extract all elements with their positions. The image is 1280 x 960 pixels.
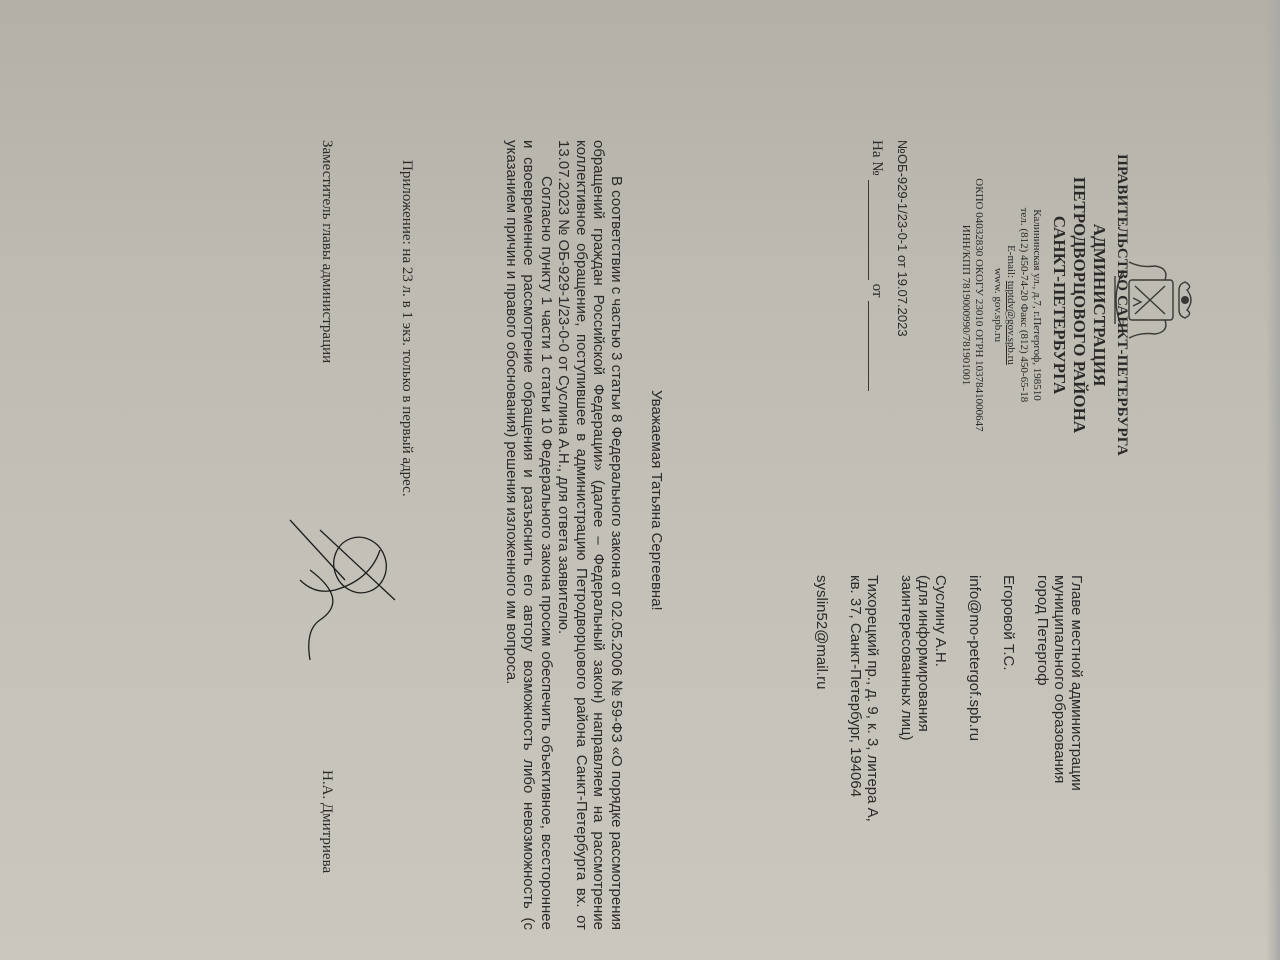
phone-fax: тел. (812) 450-74-20 Факс (812) 450-65-1… [1017, 140, 1030, 470]
government-title: ПРАВИТЕЛЬСТВО САНКТ-ПЕТЕРБУРГА [1113, 140, 1130, 470]
recipient-head: Главе местной администрации муниципально… [1034, 575, 1085, 915]
recipient-second: Суслину А.Н. (для информирования заинтер… [898, 575, 949, 915]
letterhead: ПРАВИТЕЛЬСТВО САНКТ-ПЕТЕРБУРГА АДМИНИСТР… [959, 140, 1130, 470]
administration-title: АДМИНИСТРАЦИЯ ПЕТРОДВОРЦОВОГО РАЙОНА САН… [1049, 140, 1109, 470]
ot-label: от [868, 284, 885, 298]
recipient-line: Суслину А.Н. [932, 575, 949, 915]
recipient-line: (для информирования [915, 575, 932, 915]
recipients-block: Главе местной администрации муниципально… [796, 575, 1085, 915]
recipient-line: Тихорецкий пр., д. 9, к. 3, литера А, [864, 575, 881, 915]
website: www. gov.spb.ru [991, 140, 1004, 470]
attachment-note: Приложение: на 23 л. в 1 экз. только в п… [398, 160, 415, 497]
reply-reference: На № от [868, 140, 885, 391]
recipient-line: info@mo-petergof.spb.ru [966, 575, 983, 915]
signature-icon [280, 510, 400, 670]
recipient-address: Тихорецкий пр., д. 9, к. 3, литера А, кв… [847, 575, 881, 915]
email-line: E-mail: tuptdv@gov.spb.ru [1004, 140, 1017, 470]
na-label: На № [868, 140, 885, 176]
recipient-line: Главе местной администрации [1068, 575, 1085, 915]
letter-page: ПРАВИТЕЛЬСТВО САНКТ-ПЕТЕРБУРГА АДМИНИСТР… [0, 0, 1280, 960]
admin-line: САНКТ-ПЕТЕРБУРГА [1049, 140, 1069, 470]
body-paragraph: В соответствии с частью 3 статьи 8 Федер… [555, 140, 625, 930]
recipient-second-email: syslin52@mail.ru [813, 575, 830, 915]
recipient-line: город Петергоф [1034, 575, 1051, 915]
codes-line: ИНН/КПП 7819000990/781901001 [959, 140, 972, 470]
recipient-line: syslin52@mail.ru [813, 575, 830, 915]
paper-edge-shadow [1266, 0, 1280, 960]
ot-blank [868, 301, 883, 391]
salutation: Уважаемая Татьяна Сергеевна! [648, 390, 665, 611]
outgoing-number: №ОБ-929-1/23-0-1 от 19.07.2023 [895, 140, 910, 337]
signatory-name: Н.А. Дмитриева [318, 770, 335, 873]
postal-address: Калининская ул., д.7, г.Петергоф, 198510 [1030, 140, 1043, 470]
document-photo: ПРАВИТЕЛЬСТВО САНКТ-ПЕТЕРБУРГА АДМИНИСТР… [0, 0, 1280, 960]
registration-codes: ОКПО 04032830 ОКОГУ 23010 ОГРН 103784100… [959, 140, 985, 470]
codes-line: ОКПО 04032830 ОКОГУ 23010 ОГРН 103784100… [972, 140, 985, 470]
recipient-line: Егоровой Т.С. [1000, 575, 1017, 915]
letter-body: В соответствии с частью 3 статьи 8 Федер… [503, 140, 626, 930]
na-blank [868, 180, 883, 280]
recipient-name: Егоровой Т.С. [1000, 575, 1017, 915]
recipient-line: муниципального образования [1051, 575, 1068, 915]
recipient-line: кв. 37, Санкт-Петербург, 194064 [847, 575, 864, 915]
recipient-line: заинтересованных лиц) [898, 575, 915, 915]
admin-line: ПЕТРОДВОРЦОВОГО РАЙОНА [1069, 140, 1089, 470]
admin-line: АДМИНИСТРАЦИЯ [1089, 140, 1109, 470]
email-link[interactable]: tuptdv@gov.spb.ru [1005, 281, 1017, 365]
recipient-email: info@mo-petergof.spb.ru [966, 575, 983, 915]
signatory-title: Заместитель главы администрации [318, 140, 335, 363]
letterhead-contacts: Калининская ул., д.7, г.Петергоф, 198510… [991, 140, 1043, 470]
email-label: E-mail: [1005, 245, 1017, 281]
body-paragraph: Согласно пункту 1 части 1 статьи 10 Феде… [503, 140, 556, 930]
